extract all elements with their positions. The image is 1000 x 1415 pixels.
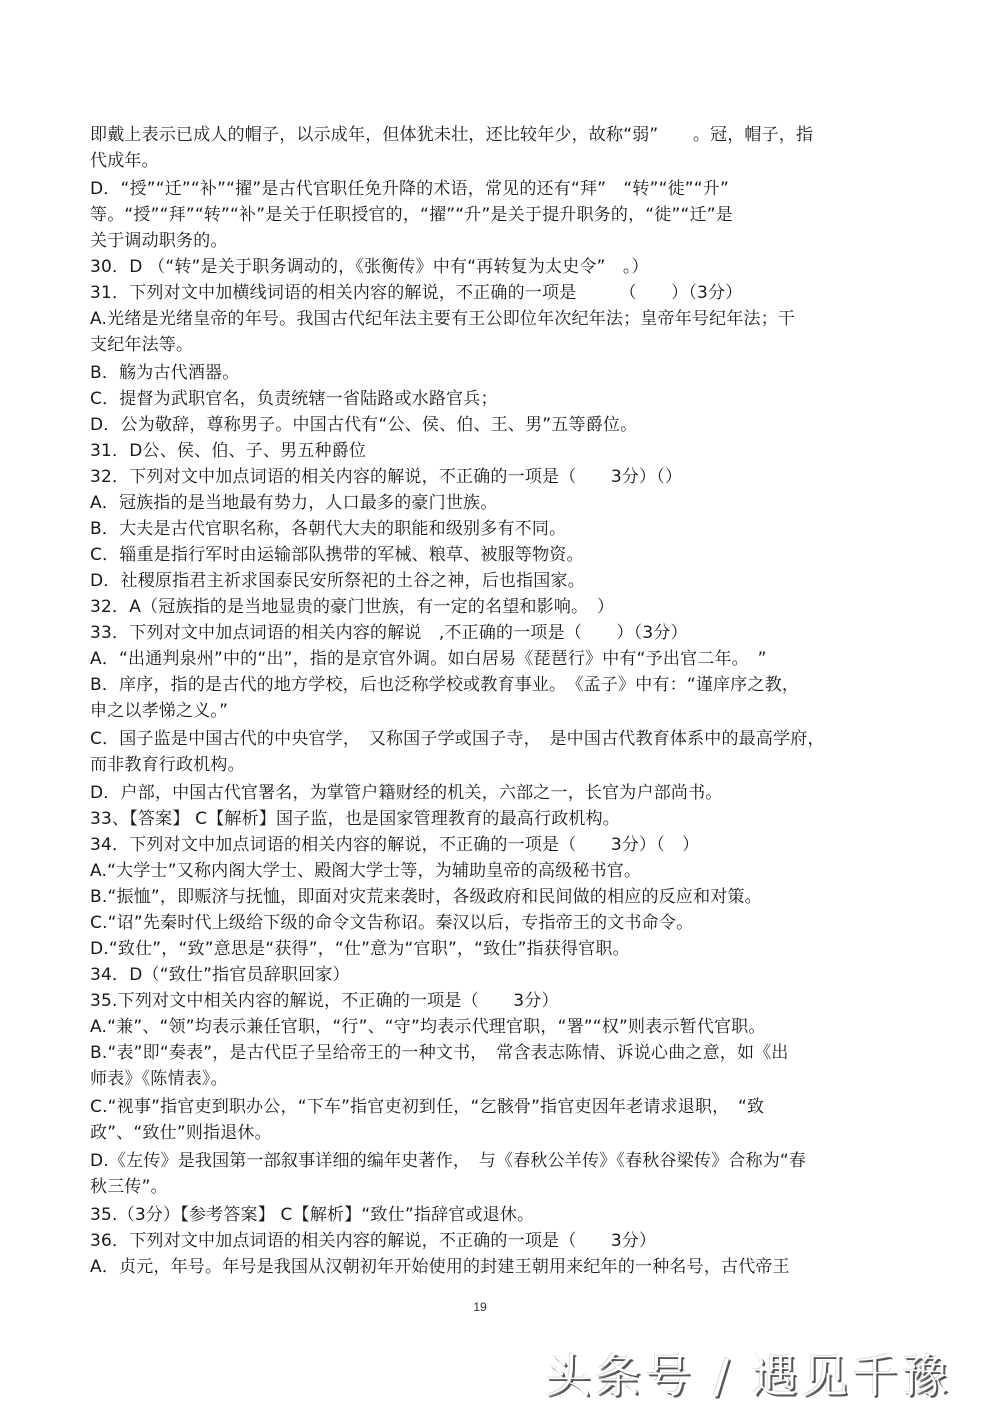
- option-d-line: D．“授”“迁”“补”“擢”是古代官职任免升降的术语，常见的还有“拜” “转”“…: [90, 176, 910, 202]
- text-line: 申之以孝悌之义。”: [90, 698, 910, 724]
- question-31: 31．下列对文中加横线词语的相关内容的解说，不正确的一项是 （ ）（3分）: [90, 280, 910, 306]
- question-32: 32．下列对文中加点词语的相关内容的解说，不正确的一项是（ 3分）（）: [90, 464, 910, 490]
- answer-32: 32．A（冠族指的是当地显贵的豪门世族，有一定的名望和影响。 ）: [90, 594, 910, 620]
- question-33: 33．下列对文中加点词语的相关内容的解说 ,不正确的一项是（ ）（3分）: [90, 620, 910, 646]
- option-b-line: B．庠序，指的是古代的地方学校，后也泛称学校或教育事业。 《孟子》中有：“谨庠序…: [90, 672, 910, 698]
- option-d-line: D．户部，中国古代官署名，为掌管户籍财经的机关，六部之一，长官为户部尚书。: [90, 780, 910, 806]
- question-35: 35.下列对文中相关内容的解说，不正确的一项是（ 3分）: [90, 988, 910, 1014]
- answer-34: 34．D（“致仕”指官员辞职回家）: [90, 962, 910, 988]
- option-c-line: C．辎重是指行军时由运输部队携带的军械、粮草、被服等物资。: [90, 542, 910, 568]
- option-c-line: C．国子监是中国古代的中央官学， 又称国子学或国子寺， 是中国古代教育体系中的最…: [90, 726, 910, 752]
- text-line: 支纪年法等。: [90, 332, 910, 358]
- option-a-line: A．贞元，年号。年号是我国从汉朝初年开始使用的封建王朝用来纪年的一种名号，古代帝…: [90, 1254, 910, 1280]
- option-d-line: D.《左传》是我国第一部叙事详细的编年史著作， 与《春秋公羊传》《春秋谷梁传》合…: [90, 1148, 910, 1174]
- answer-35: 35.（3分）【参考答案】 C【解析】“致仕”指辞官或退休。: [90, 1202, 910, 1228]
- page-number: 19: [0, 1300, 960, 1314]
- answer-30: 30．D （“转”是关于职务调动的，《张衡传》中有“再转复为太史令” 。）: [90, 254, 910, 280]
- option-c-line: C．提督为武职官名，负责统辖一省陆路或水路官兵；: [90, 386, 910, 412]
- answer-31: 31．D公、侯、伯、子、男五种爵位: [90, 438, 910, 464]
- text-line: 政”、“致仕”则指退休。: [90, 1120, 910, 1146]
- option-a-line: A.“兼”、“领”均表示兼任官职，“行”、“守”均表示代理官职，“署”“权”则表…: [90, 1014, 910, 1040]
- question-34: 34．下列对文中加点词语的相关内容的解说，不正确的一项是（ 3分）（ ）: [90, 832, 910, 858]
- text-line: 而非教育行政机构。: [90, 752, 910, 778]
- answer-33: 33、【答案】 C【解析】国子监，也是国家管理教育的最高行政机构。: [90, 806, 910, 832]
- text-line: 等。“授”“拜”“转”“补”是关于任职授官的，“擢”“升”是关于提升职务的，“徙…: [90, 202, 910, 228]
- question-36: 36．下列对文中加点词语的相关内容的解说，不正确的一项是（ 3分）: [90, 1228, 910, 1254]
- option-b-line: B．大夫是古代官职名称，各朝代大夫的职能和级别多有不同。: [90, 516, 910, 542]
- option-a-line: A.光绪是光绪皇帝的年号。我国古代纪年法主要有王公即位年次纪年法；皇帝年号纪年法…: [90, 306, 910, 332]
- option-d-line: D.“致仕”，“致”意思是“获得”，“仕”意为“官职”，“致仕”指获得官职。: [90, 936, 910, 962]
- option-b-line: B.“表”即“奏表”，是古代臣子呈给帝王的一种文书， 常含表志陈情、诉说心曲之意…: [90, 1040, 910, 1066]
- document-body: 即戴上表示已成人的帽子，以示成年，但体犹未壮，还比较年少，故称“弱” 。冠，帽子…: [90, 122, 910, 1280]
- option-b-line: B．觞为古代酒器。: [90, 360, 910, 386]
- text-line: 代成年。: [90, 148, 910, 174]
- option-a-line: A．“出通判泉州”中的“出”，指的是京官外调。如白居易《琵琶行》中有“予出官二年…: [90, 646, 910, 672]
- option-c-line: C.“诏”先秦时代上级给下级的命令文告称诏。秦汉以后，专指帝王的文书命令。: [90, 910, 910, 936]
- text-line: 即戴上表示已成人的帽子，以示成年，但体犹未壮，还比较年少，故称“弱” 。冠，帽子…: [90, 122, 910, 148]
- option-d-line: D．社稷原指君主祈求国泰民安所祭祀的土谷之神，后也指国家。: [90, 568, 910, 594]
- option-a-line: A.“大学士”又称内阁大学士、殿阁大学士等，为辅助皇帝的高级秘书官。: [90, 858, 910, 884]
- option-c-line: C.“视事”指官吏到职办公，“下车”指官吏初到任，“乞骸骨”指官吏因年老请求退职…: [90, 1094, 910, 1120]
- option-b-line: B.“振恤”，即赈济与抚恤，即面对灾荒来袭时，各级政府和民间做的相应的反应和对策…: [90, 884, 910, 910]
- text-line: 秋三传”。: [90, 1174, 910, 1200]
- text-line: 关于调动职务的。: [90, 228, 910, 254]
- text-line: 师表》《陈情表》。: [90, 1066, 910, 1092]
- watermark: 头条号 / 遇见千豫: [545, 1340, 952, 1406]
- option-a-line: A．冠族指的是当地最有势力，人口最多的豪门世族。: [90, 490, 910, 516]
- option-d-line: D．公为敬辞，尊称男子。中国古代有“公、侯、伯、王、男”五等爵位。: [90, 412, 910, 438]
